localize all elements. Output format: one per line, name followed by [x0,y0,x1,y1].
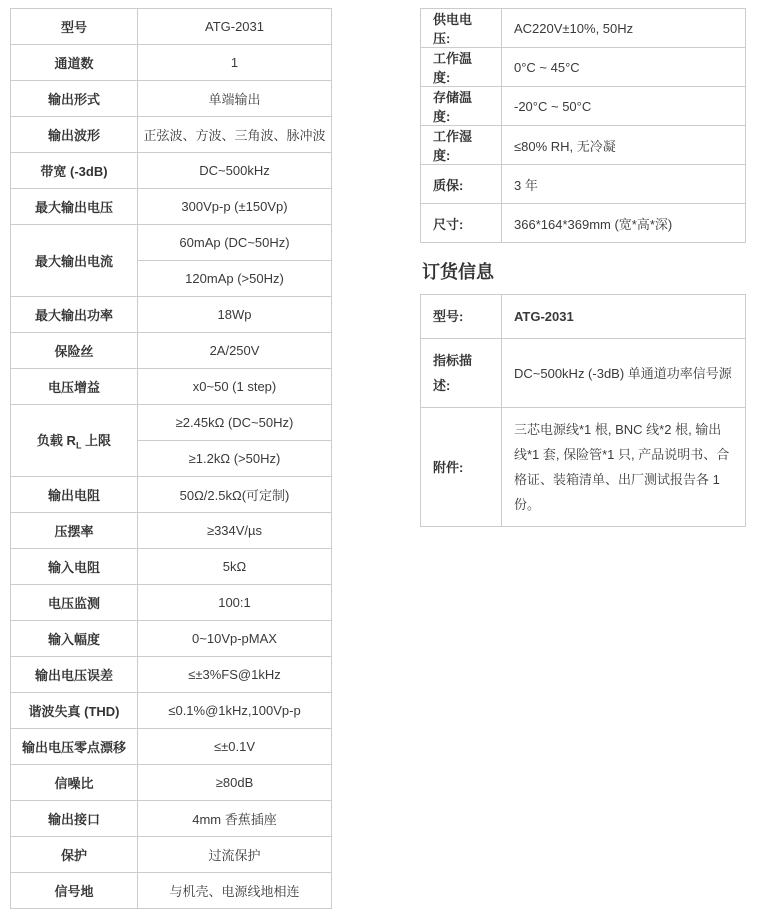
spec-value: 5kΩ [138,549,332,585]
spec-value: 1 [138,45,332,81]
table-row: 保护 过流保护 [11,837,332,873]
table-row: 最大输出电压 300Vp-p (±150Vp) [11,189,332,225]
spec-label: 最大输出功率 [11,297,138,333]
right-column: 供电电压: AC220V±10%, 50Hz 工作温度: 0°C ~ 45°C … [420,8,746,527]
general-label: 工作温度: [421,48,502,87]
order-label: 指标描述: [421,339,502,408]
spec-value: x0~50 (1 step) [138,369,332,405]
spec-value: 正弦波、方波、三角波、脉冲波 [138,117,332,153]
table-row: 工作温度: 0°C ~ 45°C [421,48,746,87]
spec-value: ≥334V/µs [138,513,332,549]
spec-label: 输出电压零点漂移 [11,729,138,765]
spec-label: 信噪比 [11,765,138,801]
table-row: 保险丝 2A/250V [11,333,332,369]
spec-value: 与机壳、电源线地相连 [138,873,332,909]
table-row: 输出接口 4mm 香蕉插座 [11,801,332,837]
general-table: 供电电压: AC220V±10%, 50Hz 工作温度: 0°C ~ 45°C … [420,8,746,243]
spec-value: ≤±0.1V [138,729,332,765]
spec-label: 电压增益 [11,369,138,405]
spec-value: 50Ω/2.5kΩ(可定制) [138,477,332,513]
spec-label: 输入电阻 [11,549,138,585]
order-model-value: ATG-2031 [502,295,746,339]
table-row: 供电电压: AC220V±10%, 50Hz [421,9,746,48]
spec-label: 信号地 [11,873,138,909]
general-value: -20°C ~ 50°C [502,87,746,126]
table-row: 尺寸: 366*164*369mm (宽*高*深) [421,204,746,243]
spec-value: 4mm 香蕉插座 [138,801,332,837]
spec-label: 输入幅度 [11,621,138,657]
table-row: 输入电阻 5kΩ [11,549,332,585]
spec-value: 2A/250V [138,333,332,369]
spec-value: ≥80dB [138,765,332,801]
table-row: 工作湿度: ≤80% RH, 无冷凝 [421,126,746,165]
spec-label: 保险丝 [11,333,138,369]
table-row: 存储温度: -20°C ~ 50°C [421,87,746,126]
spec-value: 18Wp [138,297,332,333]
spec-label: 带宽 (-3dB) [11,153,138,189]
spec-value: 120mAp (>50Hz) [138,261,332,297]
spec-label: 最大输出电压 [11,189,138,225]
general-value: ≤80% RH, 无冷凝 [502,126,746,165]
table-row: 负载 RL 上限 ≥2.45kΩ (DC~50Hz) [11,405,332,441]
table-row: 输出形式 单端输出 [11,81,332,117]
spec-label: 负载 RL 上限 [11,405,138,477]
spec-label: 保护 [11,837,138,873]
general-label: 工作湿度: [421,126,502,165]
spec-label: 谐波失真 (THD) [11,693,138,729]
table-row: 信噪比 ≥80dB [11,765,332,801]
order-description-value: DC~500kHz (-3dB) 单通道功率信号源 [502,339,746,408]
table-row: 谐波失真 (THD) ≤0.1%@1kHz,100Vp-p [11,693,332,729]
spec-label: 型号 [11,9,138,45]
spec-value: ≥2.45kΩ (DC~50Hz) [138,405,332,441]
spec-value: 过流保护 [138,837,332,873]
spec-label-text: 负载 R [37,433,76,448]
order-info-heading: 订货信息 [422,258,746,284]
table-row: 带宽 (-3dB) DC~500kHz [11,153,332,189]
table-row: 电压监测 100:1 [11,585,332,621]
table-row: 电压增益 x0~50 (1 step) [11,369,332,405]
table-row: 输入幅度 0~10Vp-pMAX [11,621,332,657]
order-table: 型号: ATG-2031 指标描述: DC~500kHz (-3dB) 单通道功… [420,294,746,527]
general-label: 质保: [421,165,502,204]
spec-label: 最大输出电流 [11,225,138,297]
spec-sheet-page: 型号 ATG-2031 通道数 1 输出形式 单端输出 输出波形 正弦波、方波、… [0,0,760,920]
table-row: 最大输出功率 18Wp [11,297,332,333]
order-label: 附件: [421,408,502,527]
table-row: 输出波形 正弦波、方波、三角波、脉冲波 [11,117,332,153]
spec-label: 输出电压误差 [11,657,138,693]
spec-value: 单端输出 [138,81,332,117]
spec-label: 输出形式 [11,81,138,117]
spec-label: 通道数 [11,45,138,81]
order-label: 型号: [421,295,502,339]
table-row: 型号: ATG-2031 [421,295,746,339]
table-row: 附件: 三芯电源线*1 根, BNC 线*2 根, 输出线*1 套, 保险管*1… [421,408,746,527]
spec-label: 输出接口 [11,801,138,837]
spec-label-text: 上限 [81,433,111,448]
spec-value: 300Vp-p (±150Vp) [138,189,332,225]
order-accessories-value: 三芯电源线*1 根, BNC 线*2 根, 输出线*1 套, 保险管*1 只, … [502,408,746,527]
general-label: 尺寸: [421,204,502,243]
general-value: 366*164*369mm (宽*高*深) [502,204,746,243]
table-row: 型号 ATG-2031 [11,9,332,45]
spec-label: 电压监测 [11,585,138,621]
table-row: 指标描述: DC~500kHz (-3dB) 单通道功率信号源 [421,339,746,408]
table-row: 质保: 3 年 [421,165,746,204]
spec-value: ATG-2031 [138,9,332,45]
table-row: 输出电压误差 ≤±3%FS@1kHz [11,657,332,693]
general-label: 存储温度: [421,87,502,126]
table-row: 压摆率 ≥334V/µs [11,513,332,549]
table-row: 输出电压零点漂移 ≤±0.1V [11,729,332,765]
general-label: 供电电压: [421,9,502,48]
spec-table: 型号 ATG-2031 通道数 1 输出形式 单端输出 输出波形 正弦波、方波、… [10,8,332,909]
spec-value: ≤0.1%@1kHz,100Vp-p [138,693,332,729]
spec-value: ≥1.2kΩ (>50Hz) [138,441,332,477]
general-value: 3 年 [502,165,746,204]
general-value: 0°C ~ 45°C [502,48,746,87]
spec-label: 输出电阻 [11,477,138,513]
spec-value: ≤±3%FS@1kHz [138,657,332,693]
table-row: 信号地 与机壳、电源线地相连 [11,873,332,909]
spec-value: 100:1 [138,585,332,621]
table-row: 通道数 1 [11,45,332,81]
spec-value: DC~500kHz [138,153,332,189]
general-value: AC220V±10%, 50Hz [502,9,746,48]
spec-label: 压摆率 [11,513,138,549]
table-row: 输出电阻 50Ω/2.5kΩ(可定制) [11,477,332,513]
table-row: 最大输出电流 60mAp (DC~50Hz) [11,225,332,261]
spec-value: 60mAp (DC~50Hz) [138,225,332,261]
spec-value: 0~10Vp-pMAX [138,621,332,657]
spec-label: 输出波形 [11,117,138,153]
